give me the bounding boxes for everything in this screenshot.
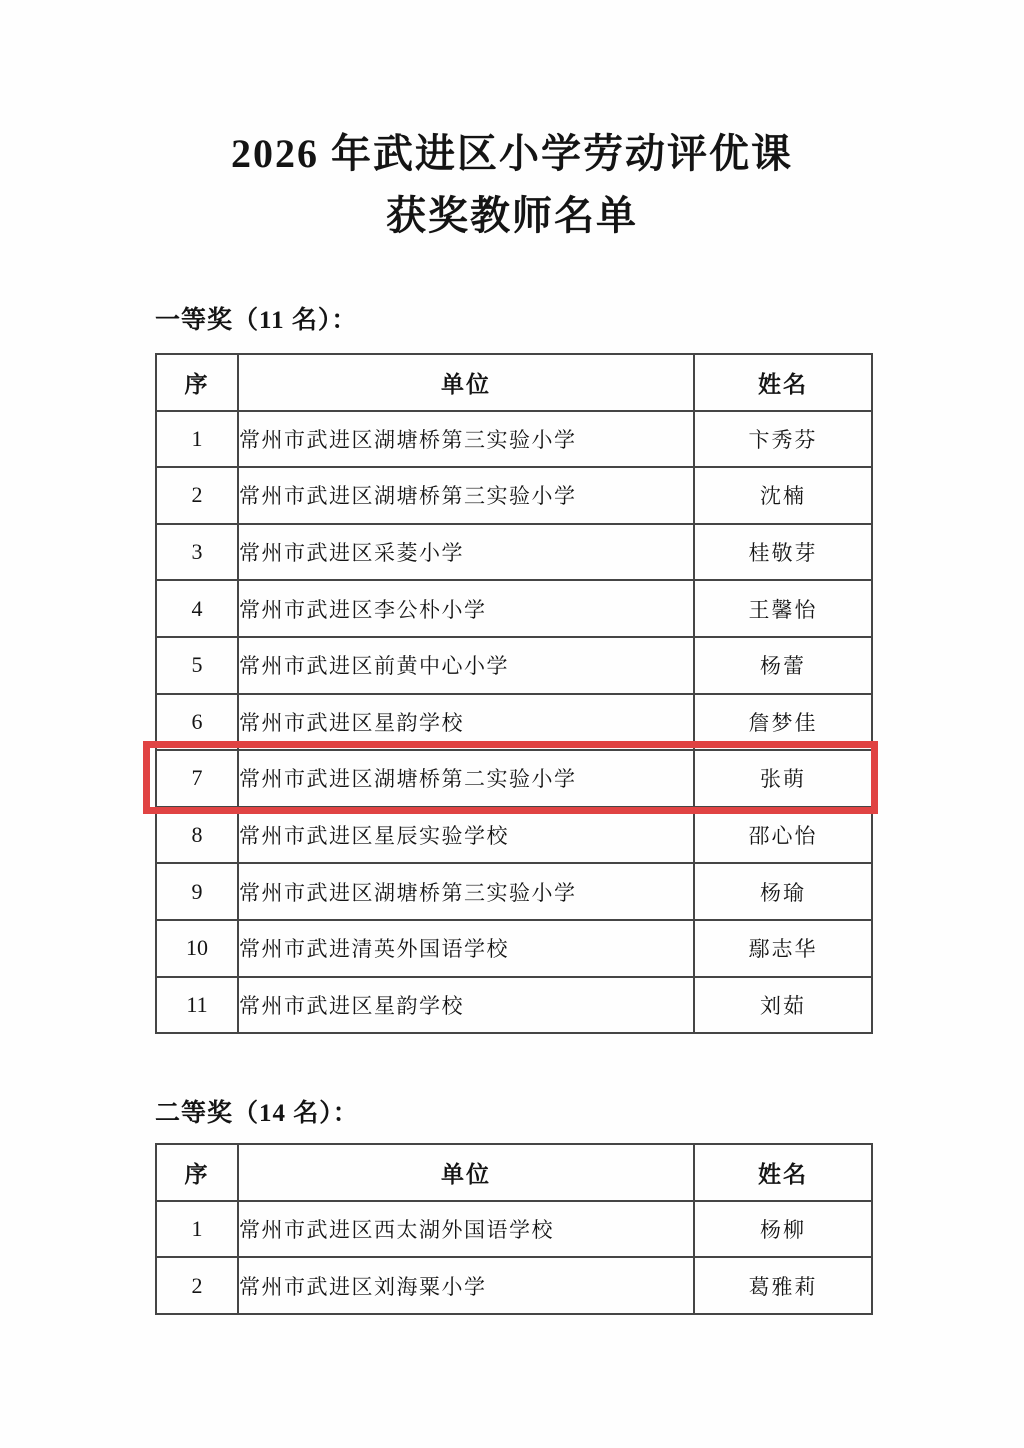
document-page: 2026 年武进区小学劳动评优课 获奖教师名单 一等奖（11 名）： 序单位姓名… [0, 0, 1024, 1448]
column-header: 姓名 [694, 354, 872, 411]
seq-cell: 2 [156, 467, 238, 524]
unit-cell: 常州市武进区湖塘桥第三实验小学 [238, 863, 694, 920]
table-row: 1常州市武进区西太湖外国语学校杨柳 [156, 1201, 872, 1258]
table-row: 2常州市武进区刘海粟小学葛雅莉 [156, 1257, 872, 1314]
unit-cell: 常州市武进区湖塘桥第三实验小学 [238, 411, 694, 468]
table-row: 6常州市武进区星韵学校詹梦佳 [156, 694, 872, 751]
column-header: 姓名 [694, 1144, 872, 1201]
name-cell: 鄢志华 [694, 920, 872, 977]
table-row: 1常州市武进区湖塘桥第三实验小学卞秀芬 [156, 411, 872, 468]
seq-cell: 8 [156, 807, 238, 864]
unit-cell: 常州市武进区刘海粟小学 [238, 1257, 694, 1314]
table-row: 11常州市武进区星韵学校刘茹 [156, 977, 872, 1034]
seq-cell: 3 [156, 524, 238, 581]
header-row: 序单位姓名 [156, 1144, 872, 1201]
unit-cell: 常州市武进区西太湖外国语学校 [238, 1201, 694, 1258]
table-row: 2常州市武进区湖塘桥第三实验小学沈楠 [156, 467, 872, 524]
table-row: 7常州市武进区湖塘桥第二实验小学张萌 [156, 750, 872, 807]
seq-cell: 4 [156, 580, 238, 637]
second-prize-heading: 二等奖（14 名）： [155, 1097, 1024, 1131]
name-cell: 卞秀芬 [694, 411, 872, 468]
seq-cell: 11 [156, 977, 238, 1034]
name-cell: 王馨怡 [694, 580, 872, 637]
seq-cell: 5 [156, 637, 238, 694]
table-row: 5常州市武进区前黄中心小学杨蕾 [156, 637, 872, 694]
column-header: 序 [156, 354, 238, 411]
name-cell: 邵心怡 [694, 807, 872, 864]
unit-cell: 常州市武进区星辰实验学校 [238, 807, 694, 864]
name-cell: 刘茹 [694, 977, 872, 1034]
first-prize-heading: 一等奖（11 名）： [155, 304, 1024, 338]
name-cell: 桂敬芽 [694, 524, 872, 581]
column-header: 单位 [238, 354, 694, 411]
name-cell: 詹梦佳 [694, 694, 872, 751]
unit-cell: 常州市武进清英外国语学校 [238, 920, 694, 977]
seq-cell: 6 [156, 694, 238, 751]
name-cell: 杨蕾 [694, 637, 872, 694]
name-cell: 杨瑜 [694, 863, 872, 920]
seq-cell: 1 [156, 1201, 238, 1258]
unit-cell: 常州市武进区星韵学校 [238, 694, 694, 751]
seq-cell: 9 [156, 863, 238, 920]
table-row: 4常州市武进区李公朴小学王馨怡 [156, 580, 872, 637]
name-cell: 杨柳 [694, 1201, 872, 1258]
unit-cell: 常州市武进区星韵学校 [238, 977, 694, 1034]
table-row: 8常州市武进区星辰实验学校邵心怡 [156, 807, 872, 864]
name-cell: 沈楠 [694, 467, 872, 524]
name-cell: 葛雅莉 [694, 1257, 872, 1314]
seq-cell: 10 [156, 920, 238, 977]
unit-cell: 常州市武进区湖塘桥第二实验小学 [238, 750, 694, 807]
unit-cell: 常州市武进区李公朴小学 [238, 580, 694, 637]
seq-cell: 7 [156, 750, 238, 807]
first-prize-table: 序单位姓名1常州市武进区湖塘桥第三实验小学卞秀芬2常州市武进区湖塘桥第三实验小学… [155, 353, 873, 1034]
unit-cell: 常州市武进区湖塘桥第三实验小学 [238, 467, 694, 524]
header-row: 序单位姓名 [156, 354, 872, 411]
second-prize-table-wrap: 序单位姓名1常州市武进区西太湖外国语学校杨柳2常州市武进区刘海粟小学葛雅莉 [155, 1143, 871, 1315]
unit-cell: 常州市武进区采菱小学 [238, 524, 694, 581]
document-title-line1: 2026 年武进区小学劳动评优课 [0, 130, 1024, 178]
title-block: 2026 年武进区小学劳动评优课 获奖教师名单 [0, 0, 1024, 240]
seq-cell: 2 [156, 1257, 238, 1314]
document-title-line2: 获奖教师名单 [0, 192, 1024, 240]
column-header: 序 [156, 1144, 238, 1201]
table-row: 9常州市武进区湖塘桥第三实验小学杨瑜 [156, 863, 872, 920]
column-header: 单位 [238, 1144, 694, 1201]
name-cell: 张萌 [694, 750, 872, 807]
second-prize-table: 序单位姓名1常州市武进区西太湖外国语学校杨柳2常州市武进区刘海粟小学葛雅莉 [155, 1143, 873, 1315]
table-row: 3常州市武进区采菱小学桂敬芽 [156, 524, 872, 581]
unit-cell: 常州市武进区前黄中心小学 [238, 637, 694, 694]
seq-cell: 1 [156, 411, 238, 468]
table-row: 10常州市武进清英外国语学校鄢志华 [156, 920, 872, 977]
first-prize-table-wrap: 序单位姓名1常州市武进区湖塘桥第三实验小学卞秀芬2常州市武进区湖塘桥第三实验小学… [155, 353, 871, 1034]
